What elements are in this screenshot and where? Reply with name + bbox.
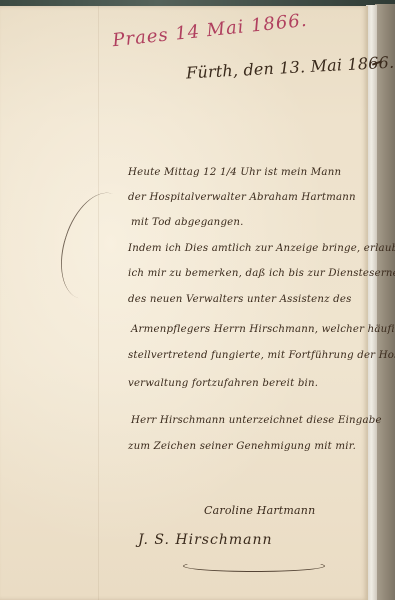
letter-page: Praes 14 Mai 1866. Fürth, den 13. Mai 18… [0, 6, 368, 600]
body-line: des neuen Verwalters unter Assistenz des [128, 294, 352, 305]
body-line: Herr Hirschmann unterzeichnet diese Eing… [131, 415, 382, 426]
body-line: ich mir zu bemerken, daß ich bis zur Die… [128, 268, 395, 279]
body-line: stellvertretend fungierte, mit Fortführu… [128, 350, 395, 361]
body-line: verwaltung fortzufahren bereit bin. [128, 378, 318, 389]
receipt-stamp-note: Praes 14 Mai 1866. [111, 10, 308, 51]
dateline: Fürth, den 13. Mai 1866. [186, 53, 395, 83]
body-line: Heute Mittag 12 1/4 Uhr ist mein Mann [128, 167, 341, 178]
scan-backing-board [375, 4, 395, 600]
signature: J. S. Hirschmann [138, 532, 273, 548]
body-line: Indem ich Dies amtlich zur Anzeige bring… [128, 243, 395, 254]
body-line: Armenpflegers Herrn Hirschmann, welcher … [131, 324, 395, 335]
body-line: zum Zeichen seiner Genehmigung mit mir. [128, 441, 356, 452]
body-line: mit Tod abgegangen. [131, 217, 244, 228]
closing-name: Caroline Hartmann [204, 504, 315, 517]
signature-flourish [183, 560, 325, 572]
body-line: der Hospitalverwalter Abraham Hartmann [128, 192, 356, 203]
